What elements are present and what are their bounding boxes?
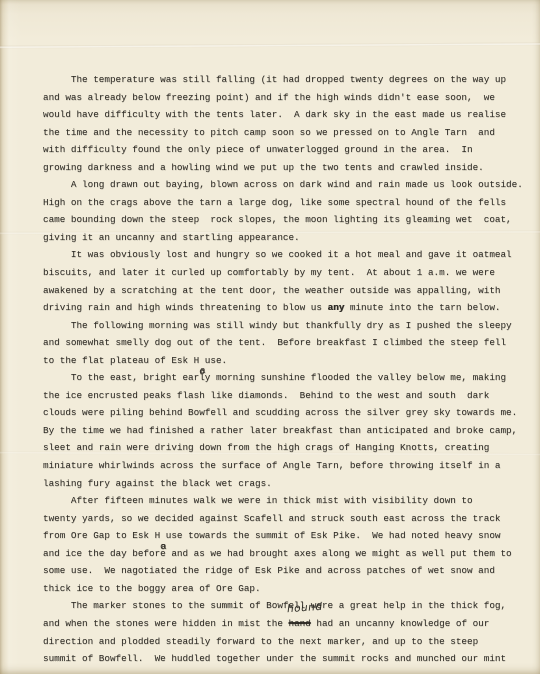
- text-line: biscuits, and later it curled up comfort…: [43, 264, 526, 282]
- text-line: direction and plodded steadily forward t…: [43, 633, 526, 651]
- text-line: and was already below freezing point) an…: [43, 89, 526, 107]
- typewritten-page: The temperature was still falling (it ha…: [0, 0, 540, 674]
- text-line: with difficulty found the only piece of …: [43, 141, 526, 159]
- paragraph-1: The temperature was still falling (it ha…: [43, 71, 526, 176]
- text-line: and somewhat smelly dog out of the tent.…: [43, 334, 526, 352]
- struck-word: handhound: [288, 615, 310, 633]
- text-line: To the east, bright early morning sunshi…: [43, 369, 526, 387]
- text-line: from Ore Gap to Esk Hoause towards the s…: [43, 527, 526, 545]
- text-line: miniature whirlwinds across the surface …: [43, 457, 526, 475]
- text-line: thick ice to the boggy area of Ore Gap.: [43, 580, 526, 598]
- paragraph-4: The following morning was still windy bu…: [43, 317, 526, 370]
- paper-crease: [0, 42, 540, 48]
- text-line: some use. We nagotiated the ridge of Esk…: [43, 562, 526, 580]
- text-line: A long drawn out baying, blown across on…: [43, 176, 526, 194]
- text-line: clouds were piling behind Bowfell and sc…: [43, 404, 526, 422]
- text-line: the ice encrusted peaks flash like diamo…: [43, 387, 526, 405]
- text-line: lashing fury against the black wet crags…: [43, 475, 526, 493]
- paragraph-3: It was obviously lost and hungry so we c…: [43, 246, 526, 316]
- text-line: awakened by a scratching at the tent doo…: [43, 282, 526, 300]
- text-line: sleet and rain were driving down from th…: [43, 439, 526, 457]
- paragraph-2: A long drawn out baying, blown across on…: [43, 176, 526, 246]
- handwritten-correction: hound: [287, 602, 323, 614]
- text-line: came bounding down the steep rock slopes…: [43, 211, 526, 229]
- emphasized-word: any: [328, 302, 345, 313]
- text-line: The temperature was still falling (it ha…: [43, 71, 526, 89]
- text-line: The following morning was still windy bu…: [43, 317, 526, 335]
- text-line: twenty yards, so we decided against Scaf…: [43, 510, 526, 528]
- text-line: would have difficulty with the tents lat…: [43, 106, 526, 124]
- text-line: High on the crags above the tarn a large…: [43, 194, 526, 212]
- paragraph-7: The marker stones to the summit of Bowfe…: [43, 597, 526, 667]
- paragraph-5: To the east, bright early morning sunshi…: [43, 369, 526, 492]
- paragraph-6: After fifteen minutes walk we were in th…: [43, 492, 526, 597]
- letter-text: The temperature was still falling (it ha…: [43, 71, 526, 668]
- text-line: It was obviously lost and hungry so we c…: [43, 246, 526, 264]
- text-line: The marker stones to the summit of Bowfe…: [43, 597, 526, 615]
- text-line: and when the stones were hidden in mist …: [43, 615, 526, 633]
- text-line: driving rain and high winds threatening …: [43, 299, 526, 317]
- text-line: After fifteen minutes walk we were in th…: [43, 492, 526, 510]
- text-line: and ice the day before and as we had bro…: [43, 545, 526, 563]
- text-line: summit of Bowfell. We huddled together u…: [43, 650, 526, 668]
- text-line: the time and the necessity to pitch camp…: [43, 124, 526, 142]
- text-line: giving it an uncanny and startling appea…: [43, 229, 526, 247]
- text-line: to the flat plateau of Esk Hoause.: [43, 352, 526, 370]
- text-line: growing darkness and a howling wind we p…: [43, 159, 526, 177]
- text-line: By the time we had finished a rather lat…: [43, 422, 526, 440]
